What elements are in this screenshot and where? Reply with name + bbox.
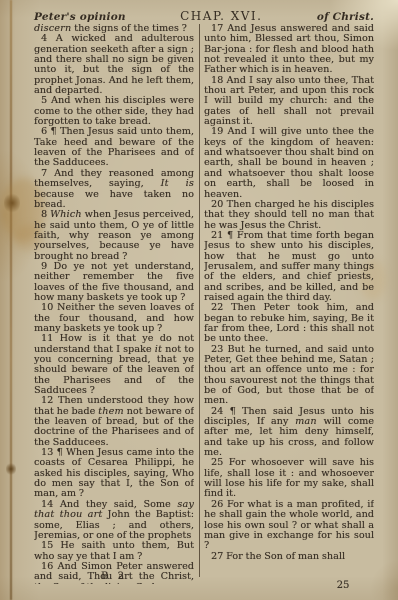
verse-19: 19 And I will give unto thee the keys of… <box>204 127 374 199</box>
verse-18: 18 And I say also unto thee, That thou a… <box>204 76 374 128</box>
verse-number: 17 <box>211 24 223 34</box>
binding-crease <box>10 0 12 600</box>
verse-6: 6 ¶ Then Jesus said unto them, Take heed… <box>34 127 194 168</box>
left-column: discern the signs of the times ?4 A wick… <box>34 24 194 584</box>
verse-number: 13 <box>41 447 53 458</box>
pilcrow-mark: ¶ <box>57 447 63 458</box>
verse-21: 21 ¶ From that time forth began Jesus to… <box>204 231 374 303</box>
verse-27: 27 For the Son of man shall <box>204 552 374 562</box>
verse-5: 5 And when his disciples were come to th… <box>34 96 194 127</box>
verse-number: 11 <box>41 333 53 344</box>
verse-number: 8 <box>41 209 47 220</box>
verse-24: 24 ¶ Then said Jesus unto his disciples,… <box>204 407 374 459</box>
scanned-bible-page: Peter's opinion CHAP. XVI. of Christ. di… <box>0 0 398 600</box>
verse-17: 17 And Jesus answered and said unto him,… <box>204 24 374 76</box>
right-column: 17 And Jesus answered and said unto him,… <box>204 24 374 584</box>
verse-9: 9 Do ye not yet understand, neither reme… <box>34 262 194 303</box>
verse-number: 19 <box>211 126 223 137</box>
running-head: Peter's opinion CHAP. XVI. of Christ. <box>34 9 374 24</box>
verse-number: 22 <box>211 302 223 313</box>
verse-number: 7 <box>41 168 47 179</box>
verse-number: 24 <box>211 406 223 417</box>
chapter-heading: CHAP. XVI. <box>180 9 262 23</box>
verse-13: 13 ¶ When Jesus came into the coasts of … <box>34 448 194 500</box>
column-divider-rule <box>199 24 200 577</box>
crease-stain-spot <box>6 462 16 476</box>
text-columns: discern the signs of the times ?4 A wick… <box>34 24 374 584</box>
verse-number: 15 <box>41 540 53 551</box>
verse-number: 25 <box>211 457 223 468</box>
pilcrow-mark: ¶ <box>50 126 56 137</box>
pilcrow-mark: ¶ <box>230 406 236 417</box>
verse-number: 26 <box>211 499 223 510</box>
verse-number: 9 <box>41 261 47 272</box>
verse-number: 20 <box>211 199 223 210</box>
verse-10: 10 Neither the seven loaves of the four … <box>34 303 194 334</box>
verse-number: 4 <box>41 33 47 44</box>
verse-number: 18 <box>211 75 223 86</box>
verse-4: 4 A wicked and adulterous generation see… <box>34 34 194 96</box>
verse-15: 15 He saith unto them, But who say ye th… <box>34 541 194 562</box>
verse-20: 20 Then charged he his disciples that th… <box>204 200 374 231</box>
verse-number: 12 <box>41 395 53 406</box>
verse-8: 8 Which when Jesus perceived, he said un… <box>34 210 194 262</box>
signature-mark: B 2 <box>34 571 194 582</box>
verse-number: 10 <box>41 302 53 313</box>
verse-number: 23 <box>211 344 223 355</box>
verse-25: 25 For whosoever will save his life, sha… <box>204 458 374 499</box>
running-head-right: of Christ. <box>317 11 374 23</box>
verse-number: 21 <box>211 230 223 241</box>
verse-26: 26 For what is a man profited, if he sha… <box>204 500 374 552</box>
running-head-left: Peter's opinion <box>34 11 126 23</box>
verse-23: 23 But he turned, and said unto Peter, G… <box>204 345 374 407</box>
pilcrow-mark: ¶ <box>227 230 233 241</box>
verse-number: 5 <box>41 95 47 106</box>
verse-number: 14 <box>41 499 53 510</box>
verse-12: 12 Then understood they how that he bade… <box>34 396 194 448</box>
verse-7: 7 And they reasoned among themselves, sa… <box>34 169 194 210</box>
verse-number: 27 <box>211 551 223 562</box>
verse-14: 14 And they said, Some say that thou art… <box>34 500 194 541</box>
page-number: 25 <box>326 580 360 591</box>
verse-11: 11 How is it that ye do not understand t… <box>34 334 194 396</box>
verse-22: 22 Then Peter took him, and began to reb… <box>204 303 374 344</box>
verse-number: 6 <box>41 126 47 137</box>
